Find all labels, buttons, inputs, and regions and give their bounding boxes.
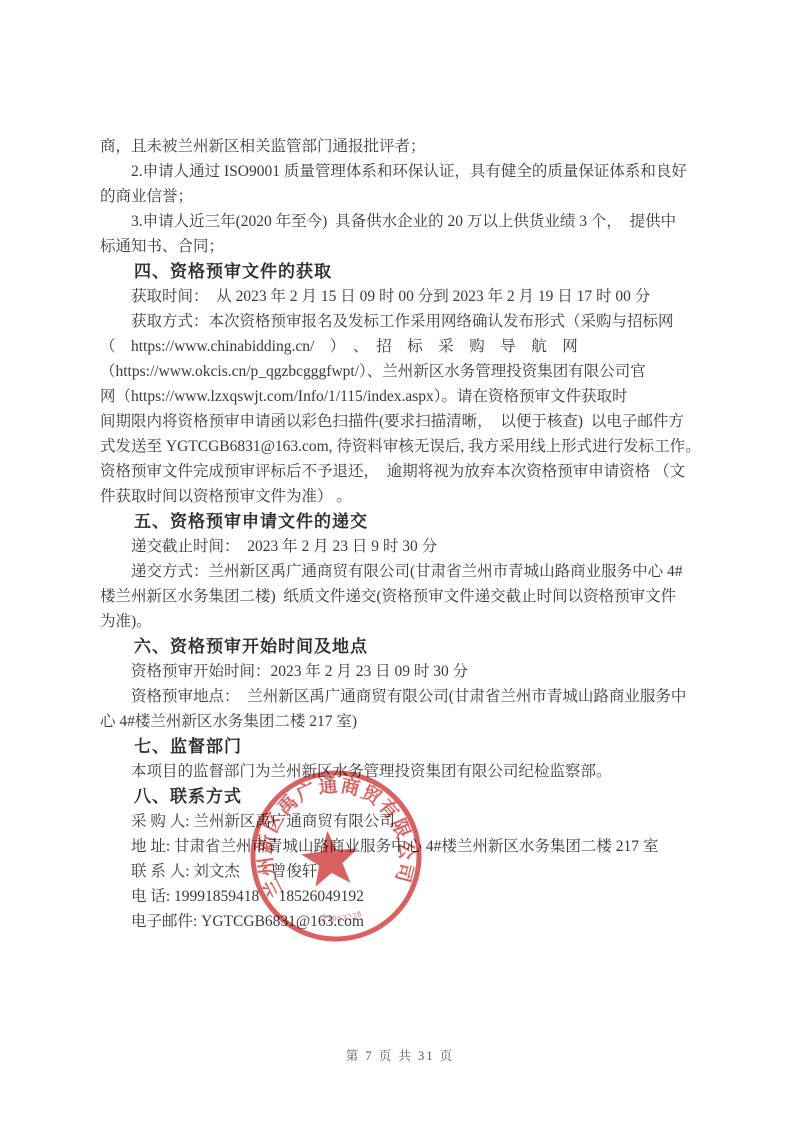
document-page: 商，且未被兰州新区相关监管部门通报批评者； 2.申请人通过 ISO9001 质量… [0,0,800,1132]
doc-line: 资格预审文件完成预审评标后不予退还， 逾期将视为放弃本次资格预审申请资格 （文 [100,459,708,484]
doc-line: 2.申请人通过 ISO9001 质量管理体系和环保认证，具有健全的质量保证体系和… [100,159,708,184]
seal-company-text: 兰州新区禹广通商贸有限公司 [246,767,420,903]
seal-serial-number: 21003228 [320,908,364,925]
section-heading-6: 六、资格预审开始时间及地点 [100,634,708,659]
doc-line: 的商业信誉； [100,184,708,209]
doc-line: 获取方式：本次资格预审报名及发标工作采用网络确认发布形式（采购与招标网 [100,309,708,334]
doc-line: 间期限内将资格预审申请函以彩色扫描件(要求扫描清晰， 以便于核查) 以电子邮件方 [100,409,708,434]
doc-line: 资格预审开始时间：2023 年 2 月 23 日 09 时 30 分 [100,659,708,684]
company-seal: 兰州新区禹广通商贸有限公司 21003228 [237,757,435,955]
doc-line: 件获取时间以资格预审文件为准） 。 [100,484,708,509]
doc-line: 楼兰州新区水务集团二楼) 纸质文件递交(资格预审文件递交截止时间以资格预审文件 [100,584,708,609]
doc-line: 为准)。 [100,609,708,634]
doc-line: 商，且未被兰州新区相关监管部门通报批评者； [100,134,708,159]
doc-line-url: （ https://www.chinabidding.cn/ ） 、 招 标 采… [100,334,708,359]
doc-line: 资格预审地点： 兰州新区禹广通商贸有限公司(甘肃省兰州市青城山路商业服务中 [100,684,708,709]
section-heading-5: 五、资格预审申请文件的递交 [100,509,708,534]
doc-line: 心 4#楼兰州新区水务集团二楼 217 室) [100,709,708,734]
section-heading-4: 四、资格预审文件的获取 [100,259,708,284]
doc-line: 获取时间： 从 2023 年 2 月 15 日 09 时 00 分到 2023 … [100,284,708,309]
page-number: 第 7 页 共 31 页 [0,1046,800,1064]
doc-line: 标通知书、合同； [100,234,708,259]
doc-line: 3.申请人近三年(2020 年至今) 具备供水企业的 20 万以上供货业绩 3 … [100,209,708,234]
doc-line-url: （https://www.okcis.cn/p_qgzbcgggfwpt/）、兰… [100,359,708,384]
doc-line-url: 网（https://www.lzxqswjt.com/Info/1/115/in… [100,384,708,409]
doc-line-email: 式发送至 YGTCGB6831@163.com, 待资料审核无误后, 我方采用线… [100,434,708,459]
doc-line: 递交截止时间： 2023 年 2 月 23 日 9 时 30 分 [100,534,708,559]
star-icon [299,828,361,888]
doc-line: 递交方式：兰州新区禹广通商贸有限公司(甘肃省兰州市青城山路商业服务中心 4# [100,559,708,584]
section-heading-7: 七、监督部门 [100,734,708,759]
